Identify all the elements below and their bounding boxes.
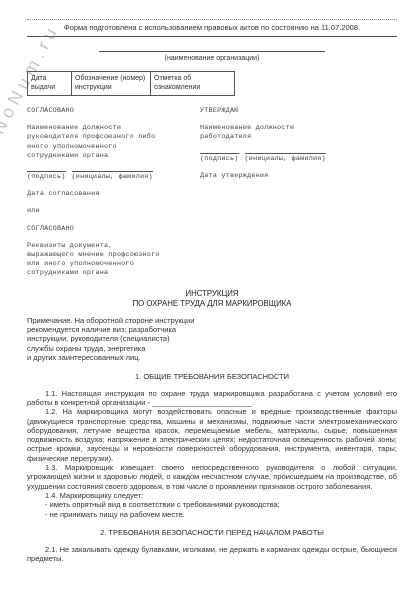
form-prepared-note: Форма подготовлена с использованием прав…	[27, 19, 397, 37]
bullet-1-4-a: - иметь опрятный вид в соответствии с тр…	[27, 500, 397, 509]
bullet-1-4-b: - не принимать пищу на рабочем месте.	[27, 510, 397, 519]
title-line-2: ПО ОХРАНЕ ТРУДА ДЛЯ МАРКИРОВЩИКА	[27, 299, 397, 309]
approve-label: УТВЕРЖДАЮ	[200, 107, 397, 116]
initials-label: (инициалы, фамилия)	[72, 171, 153, 182]
text-line: руководителя профсоюзного либо	[27, 133, 200, 142]
page-content: Форма подготовлена с использованием прав…	[27, 0, 397, 563]
agreed-label-2: СОГЛАСОВАНО	[27, 225, 200, 234]
signature-label: (подпись)	[200, 153, 239, 164]
employer-position: Наименование должности работодателя	[200, 124, 397, 142]
or-label: или	[27, 207, 200, 216]
agreement-date-label: Дата согласования	[27, 190, 200, 199]
initials-label: (инициалы, фамилия)	[245, 153, 326, 164]
text-line: иного уполномоченного	[27, 143, 200, 152]
text-line: Примечание. На оборотной стороне инструк…	[27, 316, 397, 325]
text-line: работодателя	[200, 133, 397, 142]
text-line: инструкции, руководителя (специалиста)	[27, 334, 397, 343]
note-block: Примечание. На оборотной стороне инструк…	[27, 316, 397, 363]
text-line: рекомендуется наличие виз: разработчика	[27, 325, 397, 334]
agreed-label: СОГЛАСОВАНО	[27, 107, 200, 116]
section-2-heading: 2. ТРЕБОВАНИЯ БЕЗОПАСНОСТИ ПЕРЕД НАЧАЛОМ…	[27, 528, 397, 537]
document-page: NoNum.ru Форма подготовлена с использова…	[0, 0, 420, 600]
text-line: выражающего мнение профсоюзного	[27, 251, 200, 260]
paragraph-1-2: 1.2. На маркировщика могут воздействоват…	[27, 407, 397, 463]
issue-table-header-row: Дата выдачи Обозначение (номер) инструкц…	[28, 72, 235, 96]
paragraph-1-4: 1.4. Маркировщику следует:	[27, 491, 397, 500]
document-title: ИНСТРУКЦИЯ ПО ОХРАНЕ ТРУДА ДЛЯ МАРКИРОВЩ…	[27, 289, 397, 309]
paragraph-1-3: 1.3. Маркировщик извещает своего непосре…	[27, 463, 397, 491]
approval-date-label: Дата утверждения	[200, 172, 397, 181]
signature-caption-left: (подпись)(инициалы, фамилия)	[27, 171, 200, 182]
col-issue-date: Дата выдачи	[28, 72, 72, 96]
section-1-heading: 1. ОБЩИЕ ТРЕБОВАНИЯ БЕЗОПАСНОСТИ	[27, 372, 397, 381]
approval-right-column: УТВЕРЖДАЮ Наименование должности работод…	[200, 107, 397, 279]
text-line: Реквизиты документа,	[27, 242, 200, 251]
title-line-1: ИНСТРУКЦИЯ	[27, 289, 397, 299]
text-line: или иного уполномоченного	[27, 260, 200, 269]
approval-block: СОГЛАСОВАНО Наименование должности руков…	[27, 107, 397, 279]
organization-caption: (наименование организации)	[99, 53, 325, 62]
approval-left-column: СОГЛАСОВАНО Наименование должности руков…	[27, 107, 200, 279]
organization-name-line: (наименование организации)	[99, 51, 325, 62]
signature-label: (подпись)	[27, 171, 66, 182]
signature-caption-right: (подпись)(инициалы, фамилия)	[200, 153, 397, 164]
text-line: сотрудниками органа	[27, 152, 200, 161]
text-line: сотрудниками органа	[27, 269, 200, 278]
requisites-block: Реквизиты документа, выражающего мнение …	[27, 242, 200, 279]
paragraph-1-1: 1.1. Настоящая инструкция по охране труд…	[27, 389, 397, 408]
issue-table: Дата выдачи Обозначение (номер) инструкц…	[27, 71, 235, 96]
paragraph-2-1: 2.1. Не закалывать одежду булавками, иго…	[27, 545, 397, 564]
col-instruction-number: Обозначение (номер) инструкции	[72, 72, 151, 96]
agreed-position: Наименование должности руководителя проф…	[27, 124, 200, 161]
text-line: службы охраны труда, энергетика	[27, 344, 397, 353]
text-line: и других заинтересованных лиц.	[27, 353, 397, 362]
col-acknowledgement: Отметка об ознакомлении	[151, 72, 235, 96]
